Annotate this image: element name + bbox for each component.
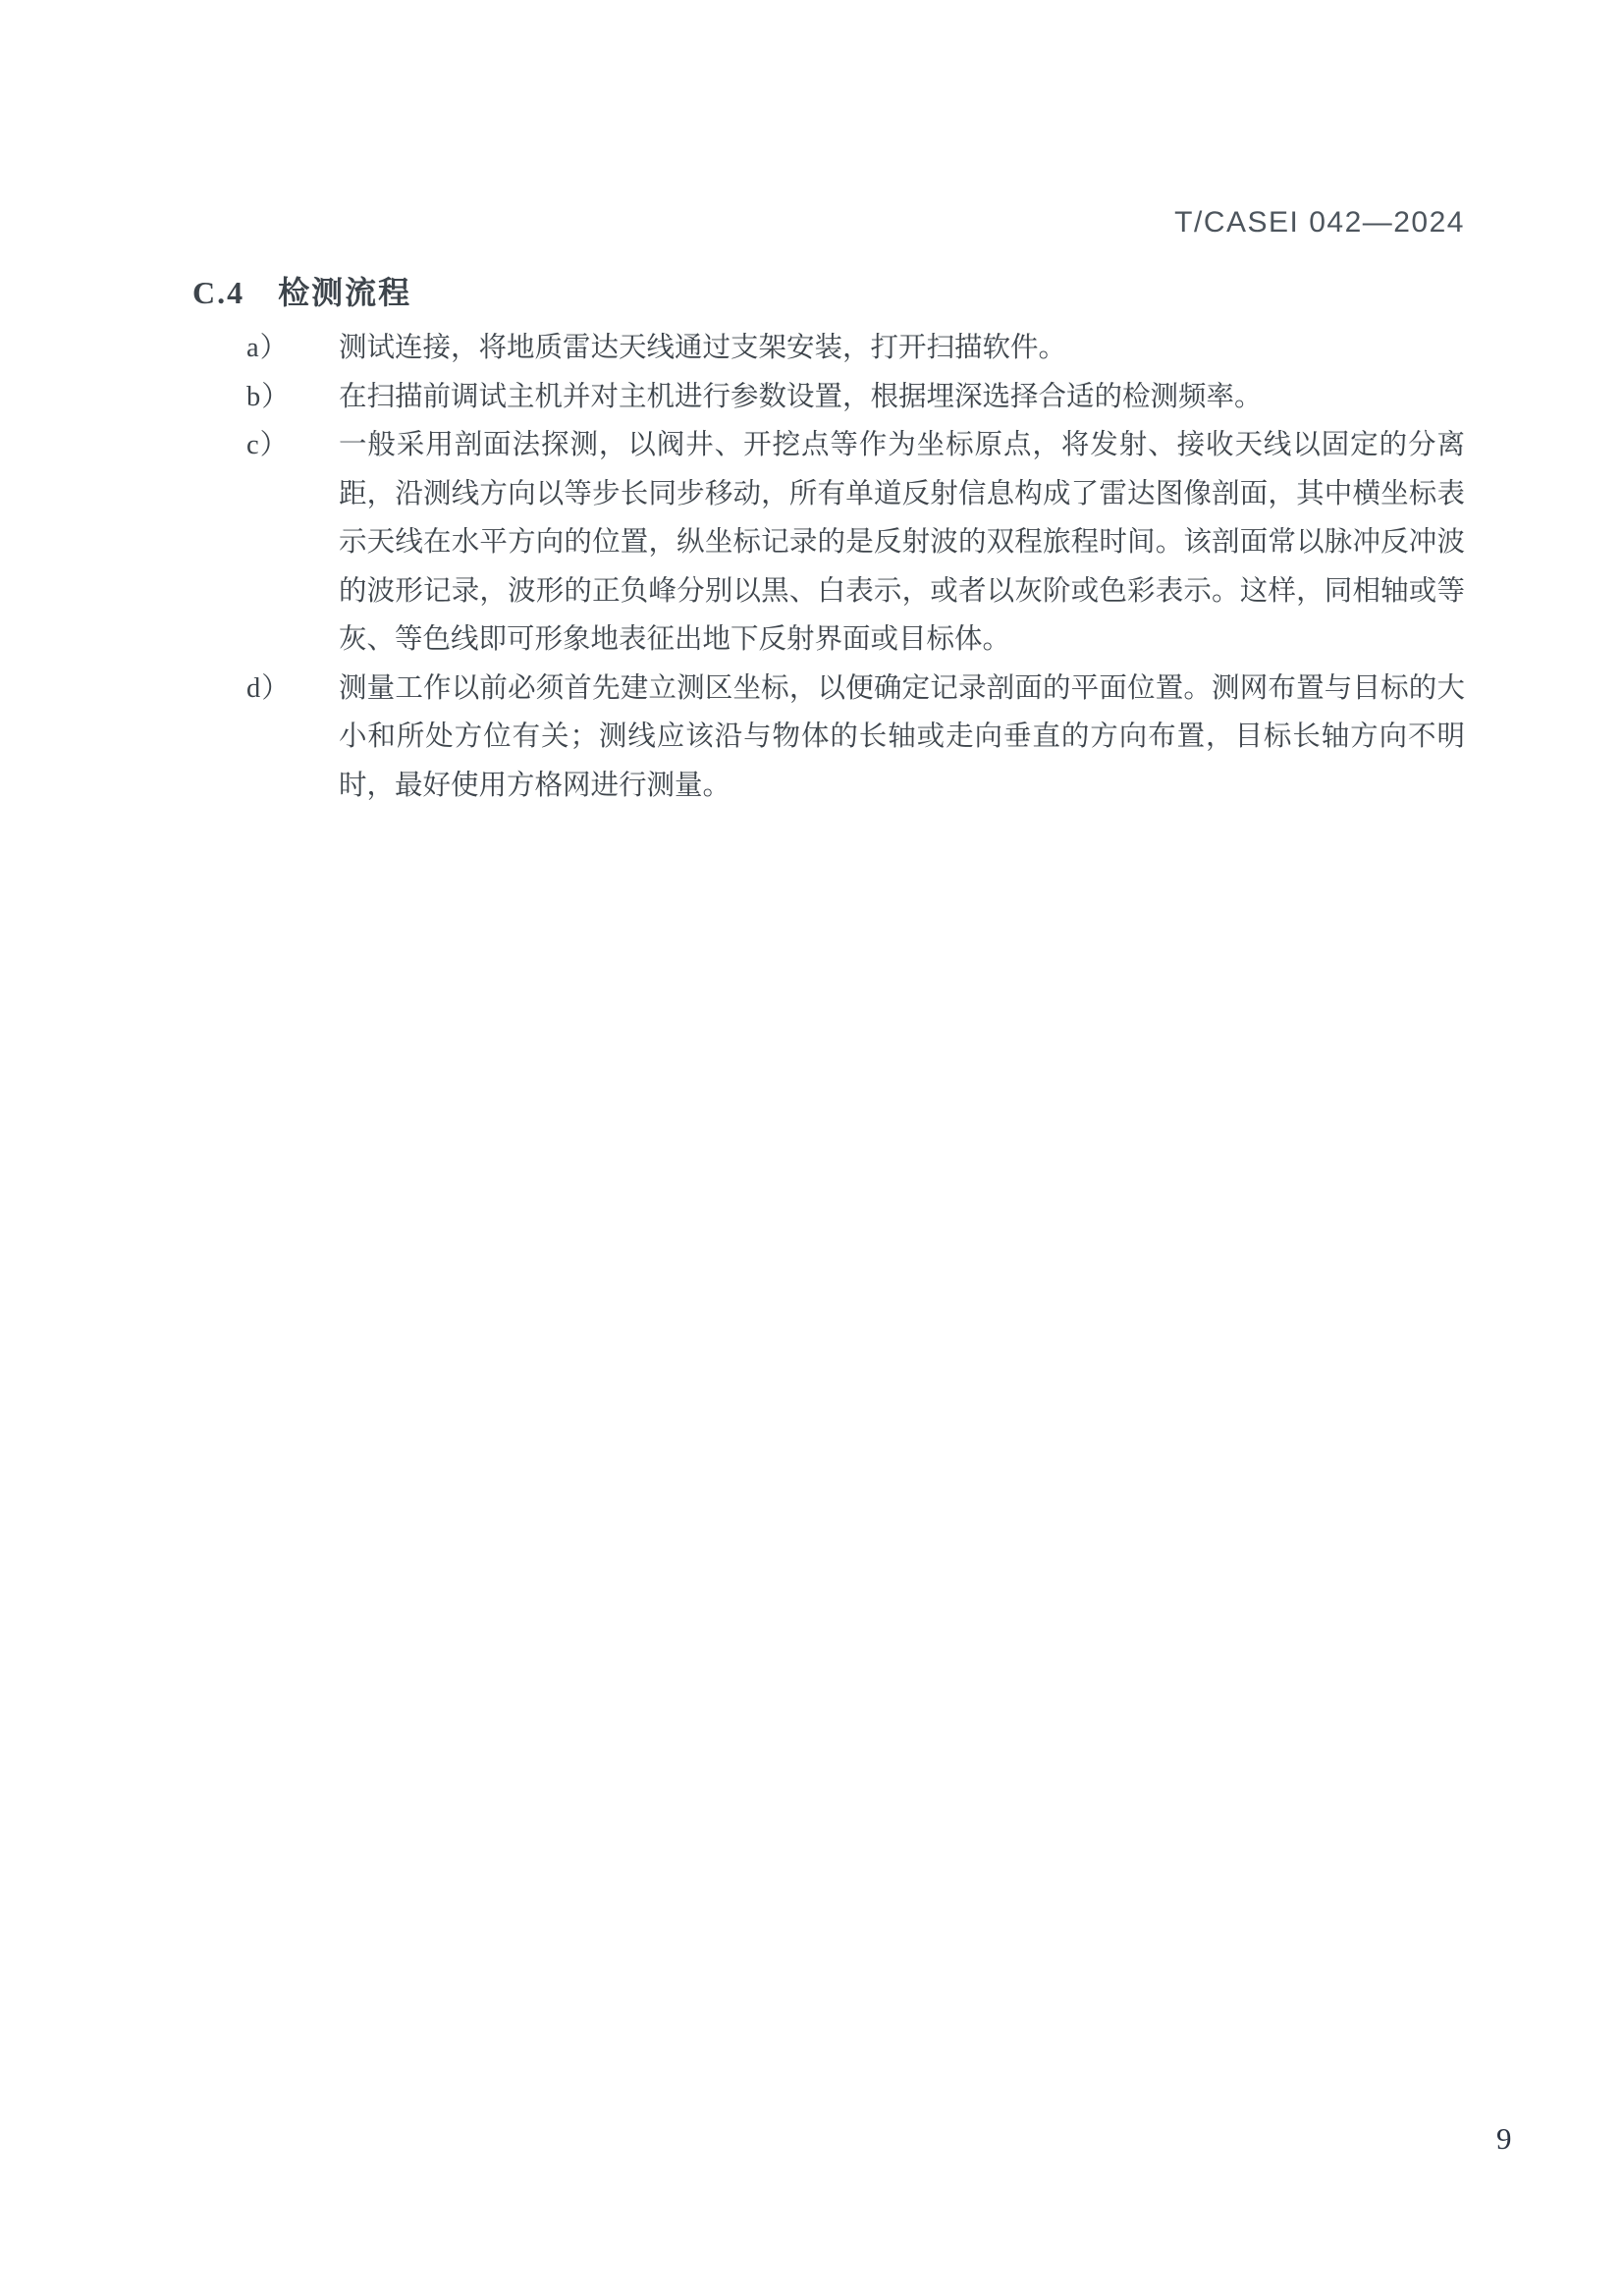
section-number: C.4: [192, 275, 244, 310]
list-item-label: d）: [246, 665, 339, 714]
list-item-label: a）: [246, 324, 339, 373]
section-heading: C.4检测流程: [192, 273, 411, 312]
list-item-label: c）: [246, 421, 339, 470]
list-item-label: b）: [246, 373, 339, 422]
list-item-text: 一般采用剖面法探测，以阀井、开挖点等作为坐标原点，将发射、接收天线以固定的分离距…: [339, 421, 1465, 665]
list-item-b: b） 在扫描前调试主机并对主机进行参数设置，根据埋深选择合适的检测频率。: [246, 373, 1465, 422]
list-item-text: 在扫描前调试主机并对主机进行参数设置，根据埋深选择合适的检测频率。: [339, 373, 1465, 422]
list-item-text: 测量工作以前必须首先建立测区坐标，以便确定记录剖面的平面位置。测网布置与目标的大…: [339, 665, 1465, 811]
document-page: T/CASEI 042—2024 C.4检测流程 a） 测试连接，将地质雷达天线…: [0, 0, 1623, 2296]
list-item-c: c） 一般采用剖面法探测，以阀井、开挖点等作为坐标原点，将发射、接收天线以固定的…: [246, 421, 1465, 665]
clause-list: a） 测试连接，将地质雷达天线通过支架安装，打开扫描软件。 b） 在扫描前调试主…: [246, 324, 1465, 810]
document-code: T/CASEI 042—2024: [1174, 205, 1465, 240]
list-item-text: 测试连接，将地质雷达天线通过支架安装，打开扫描软件。: [339, 324, 1465, 373]
section-title: 检测流程: [278, 275, 411, 310]
list-item-d: d） 测量工作以前必须首先建立测区坐标，以便确定记录剖面的平面位置。测网布置与目…: [246, 665, 1465, 811]
page-number: 9: [1496, 2120, 1512, 2158]
list-item-a: a） 测试连接，将地质雷达天线通过支架安装，打开扫描软件。: [246, 324, 1465, 373]
